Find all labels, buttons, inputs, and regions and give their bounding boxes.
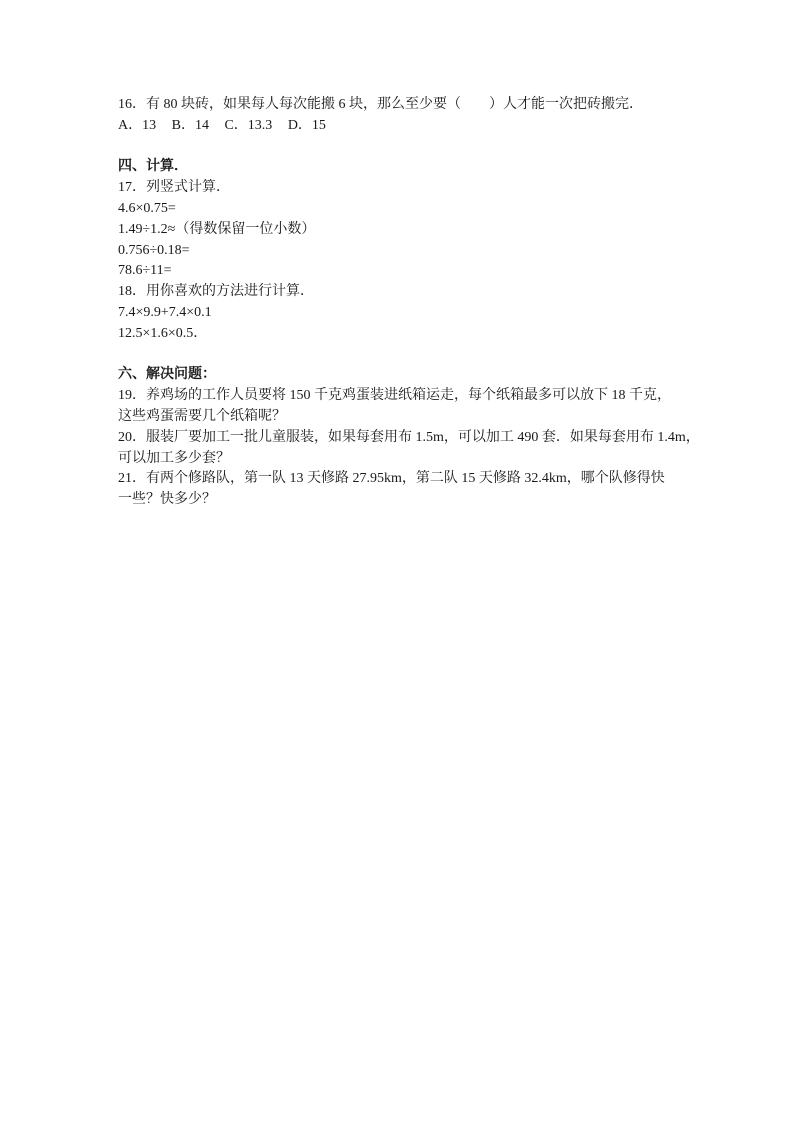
question-21-line-1: 21．有两个修路队，第一队 13 天修路 27.95km，第二队 15 天修路 … bbox=[118, 469, 688, 490]
calc-item-2: 1.49÷1.2≈（得数保留一位小数） bbox=[118, 220, 688, 241]
question-21: 21．有两个修路队，第一队 13 天修路 27.95km，第二队 15 天修路 … bbox=[118, 469, 688, 511]
section-6-heading: 六、解决问题： bbox=[118, 365, 688, 386]
question-21-line-2: 一些？快多少？ bbox=[118, 490, 688, 511]
calc-item-5: 7.4×9.9+7.4×0.1 bbox=[118, 303, 688, 324]
question-18-title: 18．用你喜欢的方法进行计算． bbox=[118, 282, 688, 303]
question-19: 19．养鸡场的工作人员要将 150 千克鸡蛋装进纸箱运走，每个纸箱最多可以放下 … bbox=[118, 386, 688, 428]
question-17-title: 17．列竖式计算． bbox=[118, 178, 688, 199]
calc-item-4: 78.6÷11= bbox=[118, 261, 688, 282]
question-16-text: 16．有 80 块砖，如果每人每次能搬 6 块，那么至少要（ ）人才能一次把砖搬… bbox=[118, 95, 688, 116]
question-20-line-1: 20．服装厂要加工一批儿童服装，如果每套用布 1.5m，可以加工 490 套．如… bbox=[118, 428, 688, 449]
question-16-options: A．13 B．14 C．13.3 D．15 bbox=[118, 116, 688, 137]
option-d: D．15 bbox=[288, 116, 326, 137]
option-a: A．13 bbox=[118, 116, 156, 137]
option-b: B．14 bbox=[172, 116, 209, 137]
calc-item-1: 4.6×0.75= bbox=[118, 199, 688, 220]
question-19-line-2: 这些鸡蛋需要几个纸箱呢？ bbox=[118, 407, 688, 428]
spacer bbox=[118, 137, 688, 158]
question-20: 20．服装厂要加工一批儿童服装，如果每套用布 1.5m，可以加工 490 套．如… bbox=[118, 428, 688, 470]
spacer bbox=[118, 345, 688, 366]
calc-item-3: 0.756÷0.18= bbox=[118, 241, 688, 262]
question-20-line-2: 可以加工多少套？ bbox=[118, 449, 688, 470]
question-16: 16．有 80 块砖，如果每人每次能搬 6 块，那么至少要（ ）人才能一次把砖搬… bbox=[118, 95, 688, 137]
document-page: 16．有 80 块砖，如果每人每次能搬 6 块，那么至少要（ ）人才能一次把砖搬… bbox=[118, 95, 688, 511]
question-18: 18．用你喜欢的方法进行计算． 7.4×9.9+7.4×0.1 12.5×1.6… bbox=[118, 282, 688, 344]
calc-item-6: 12.5×1.6×0.5． bbox=[118, 324, 688, 345]
question-19-line-1: 19．养鸡场的工作人员要将 150 千克鸡蛋装进纸箱运走，每个纸箱最多可以放下 … bbox=[118, 386, 688, 407]
section-4-heading: 四、计算． bbox=[118, 157, 688, 178]
question-17: 17．列竖式计算． 4.6×0.75= 1.49÷1.2≈（得数保留一位小数） … bbox=[118, 178, 688, 282]
option-c: C．13.3 bbox=[224, 116, 272, 137]
